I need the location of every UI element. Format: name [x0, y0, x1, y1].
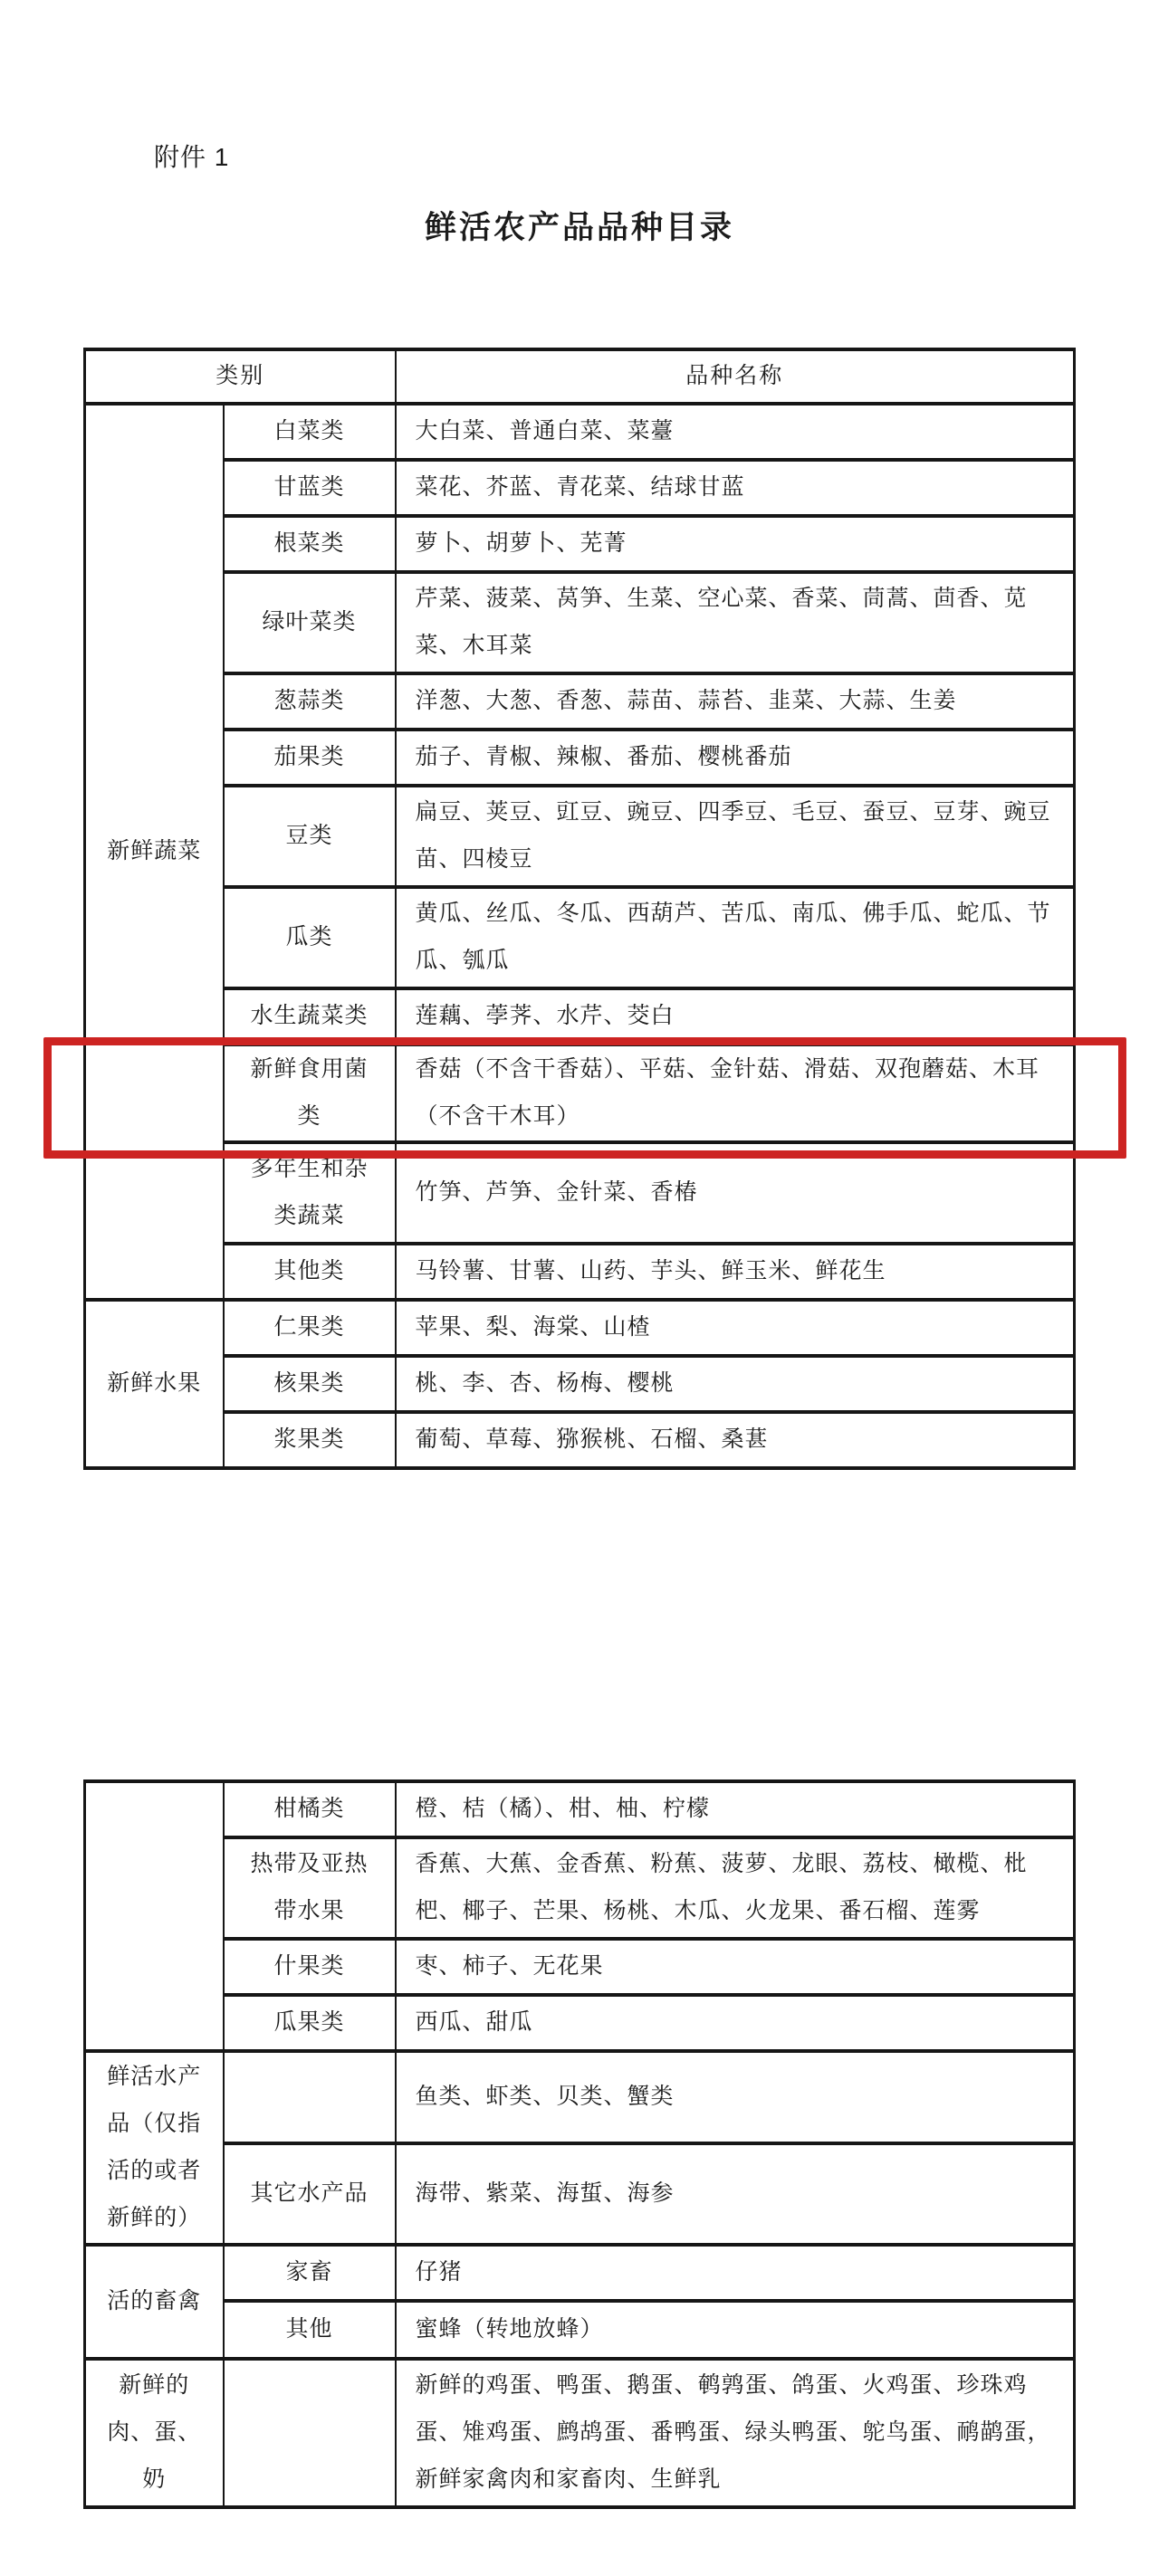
items-cell: 枣、柿子、无花果 — [396, 1939, 1075, 1995]
highlighted-row: 新鲜食用菌 类香菇（不含干香菇）、平菇、金针菇、滑菇、双孢蘑菇、木耳（不含干木耳… — [85, 1045, 1075, 1142]
items-cell: 菜花、芥蓝、青花菜、结球甘蓝 — [396, 460, 1075, 516]
items-cell: 仔猪 — [396, 2245, 1075, 2301]
table-row: 其他类马铃薯、甘薯、山药、芋头、鲜玉米、鲜花生 — [85, 1244, 1075, 1300]
catalog-table-page2: 柑橘类橙、桔（橘）、柑、柚、柠檬热带及亚热 带水果香蕉、大蕉、金香蕉、粉蕉、菠萝… — [83, 1779, 1076, 2509]
table-row: 豆类扁豆、荚豆、豇豆、豌豆、四季豆、毛豆、蚕豆、豆芽、豌豆苗、四棱豆 — [85, 786, 1075, 887]
subcategory-cell: 瓜果类 — [224, 1995, 396, 2051]
items-cell: 茄子、青椒、辣椒、番茄、樱桃番茄 — [396, 730, 1075, 786]
items-cell: 香蕉、大蕉、金香蕉、粉蕉、菠萝、龙眼、荔枝、橄榄、枇杷、椰子、芒果、杨桃、木瓜、… — [396, 1837, 1075, 1939]
subcategory-cell: 绿叶菜类 — [224, 572, 396, 673]
subcategory-cell: 什果类 — [224, 1939, 396, 1995]
table-row: 茄果类茄子、青椒、辣椒、番茄、樱桃番茄 — [85, 730, 1075, 786]
table-row: 葱蒜类洋葱、大葱、香葱、蒜苗、蒜苔、韭菜、大蒜、生姜 — [85, 673, 1075, 730]
catalog-table-page1: 类别品种名称新鲜蔬菜白菜类大白菜、普通白菜、菜薹甘蓝类菜花、芥蓝、青花菜、结球甘… — [83, 348, 1076, 1470]
items-cell: 橙、桔（橘）、柑、柚、柠檬 — [396, 1781, 1075, 1837]
subcategory-cell: 仁果类 — [224, 1300, 396, 1356]
items-cell: 蜜蜂（转地放蜂） — [396, 2301, 1075, 2359]
subcategory-cell: 豆类 — [224, 786, 396, 887]
attachment-label: 附件 1 — [154, 138, 229, 174]
items-cell: 萝卜、胡萝卜、芜菁 — [396, 516, 1075, 572]
subcategory-cell: 其它水产品 — [224, 2143, 396, 2245]
table-row: 其他蜜蜂（转地放蜂） — [85, 2301, 1075, 2359]
category-group-cell — [85, 1781, 224, 2051]
subcategory-cell — [224, 2051, 396, 2143]
table-row: 绿叶菜类芹菜、菠菜、莴笋、生菜、空心菜、香菜、茼蒿、茴香、苋菜、木耳菜 — [85, 572, 1075, 673]
items-cell: 苹果、梨、海棠、山楂 — [396, 1300, 1075, 1356]
items-cell: 桃、李、杏、杨梅、樱桃 — [396, 1356, 1075, 1412]
table-row: 甘蓝类菜花、芥蓝、青花菜、结球甘蓝 — [85, 460, 1075, 516]
table-row: 什果类枣、柿子、无花果 — [85, 1939, 1075, 1995]
table-row: 其它水产品海带、紫菜、海蜇、海参 — [85, 2143, 1075, 2245]
items-cell: 鱼类、虾类、贝类、蟹类 — [396, 2051, 1075, 2143]
items-cell: 黄瓜、丝瓜、冬瓜、西葫芦、苦瓜、南瓜、佛手瓜、蛇瓜、节瓜、瓠瓜 — [396, 887, 1075, 988]
header-variety-name: 品种名称 — [396, 349, 1075, 404]
table-row: 瓜果类西瓜、甜瓜 — [85, 1995, 1075, 2051]
subcategory-cell: 浆果类 — [224, 1412, 396, 1468]
table-row: 新鲜水果仁果类苹果、梨、海棠、山楂 — [85, 1300, 1075, 1356]
subcategory-cell: 水生蔬菜类 — [224, 988, 396, 1045]
subcategory-cell: 热带及亚热 带水果 — [224, 1837, 396, 1939]
items-cell: 马铃薯、甘薯、山药、芋头、鲜玉米、鲜花生 — [396, 1244, 1075, 1300]
table-row: 核果类桃、李、杏、杨梅、樱桃 — [85, 1356, 1075, 1412]
items-cell: 大白菜、普通白菜、菜薹 — [396, 404, 1075, 460]
subcategory-cell: 家畜 — [224, 2245, 396, 2301]
subcategory-cell: 瓜类 — [224, 887, 396, 988]
subcategory-cell: 茄果类 — [224, 730, 396, 786]
table-row: 鲜活水产 品（仅指 活的或者 新鲜的）鱼类、虾类、贝类、蟹类 — [85, 2051, 1075, 2143]
category-group-cell: 新鲜蔬菜 — [85, 404, 224, 1300]
items-cell: 新鲜的鸡蛋、鸭蛋、鹅蛋、鹌鹑蛋、鸽蛋、火鸡蛋、珍珠鸡蛋、雉鸡蛋、鹧鸪蛋、番鸭蛋、… — [396, 2359, 1075, 2507]
subcategory-cell: 甘蓝类 — [224, 460, 396, 516]
table-row: 多年生和杂 类蔬菜竹笋、芦笋、金针菜、香椿 — [85, 1142, 1075, 1244]
category-group-cell: 鲜活水产 品（仅指 活的或者 新鲜的） — [85, 2051, 224, 2245]
header-row: 类别品种名称 — [85, 349, 1075, 404]
category-group-cell: 活的畜禽 — [85, 2245, 224, 2359]
items-cell: 香菇（不含干香菇）、平菇、金针菇、滑菇、双孢蘑菇、木耳（不含干木耳） — [396, 1045, 1075, 1142]
table-row: 热带及亚热 带水果香蕉、大蕉、金香蕉、粉蕉、菠萝、龙眼、荔枝、橄榄、枇杷、椰子、… — [85, 1837, 1075, 1939]
header-category: 类别 — [85, 349, 396, 404]
subcategory-cell: 新鲜食用菌 类 — [224, 1045, 396, 1142]
items-cell: 西瓜、甜瓜 — [396, 1995, 1075, 2051]
items-cell: 莲藕、荸荠、水芹、茭白 — [396, 988, 1075, 1045]
table-row: 浆果类葡萄、草莓、猕猴桃、石榴、桑葚 — [85, 1412, 1075, 1468]
items-cell: 海带、紫菜、海蜇、海参 — [396, 2143, 1075, 2245]
subcategory-cell: 葱蒜类 — [224, 673, 396, 730]
subcategory-cell: 根菜类 — [224, 516, 396, 572]
table-row: 水生蔬菜类莲藕、荸荠、水芹、茭白 — [85, 988, 1075, 1045]
subcategory-cell: 白菜类 — [224, 404, 396, 460]
table-row: 新鲜的 肉、蛋、 奶新鲜的鸡蛋、鸭蛋、鹅蛋、鹌鹑蛋、鸽蛋、火鸡蛋、珍珠鸡蛋、雉鸡… — [85, 2359, 1075, 2507]
category-group-cell: 新鲜的 肉、蛋、 奶 — [85, 2359, 224, 2507]
items-cell: 芹菜、菠菜、莴笋、生菜、空心菜、香菜、茼蒿、茴香、苋菜、木耳菜 — [396, 572, 1075, 673]
table-row: 瓜类黄瓜、丝瓜、冬瓜、西葫芦、苦瓜、南瓜、佛手瓜、蛇瓜、节瓜、瓠瓜 — [85, 887, 1075, 988]
items-cell: 洋葱、大葱、香葱、蒜苗、蒜苔、韭菜、大蒜、生姜 — [396, 673, 1075, 730]
category-group-cell: 新鲜水果 — [85, 1300, 224, 1468]
table-row: 根菜类萝卜、胡萝卜、芜菁 — [85, 516, 1075, 572]
subcategory-cell: 多年生和杂 类蔬菜 — [224, 1142, 396, 1244]
page-title: 鲜活农产品品种目录 — [0, 203, 1159, 248]
items-cell: 扁豆、荚豆、豇豆、豌豆、四季豆、毛豆、蚕豆、豆芽、豌豆苗、四棱豆 — [396, 786, 1075, 887]
table-row: 新鲜蔬菜白菜类大白菜、普通白菜、菜薹 — [85, 404, 1075, 460]
table-row: 柑橘类橙、桔（橘）、柑、柚、柠檬 — [85, 1781, 1075, 1837]
subcategory-cell: 其他 — [224, 2301, 396, 2359]
items-cell: 竹笋、芦笋、金针菜、香椿 — [396, 1142, 1075, 1244]
subcategory-cell: 其他类 — [224, 1244, 396, 1300]
subcategory-cell — [224, 2359, 396, 2507]
table-row: 活的畜禽家畜仔猪 — [85, 2245, 1075, 2301]
subcategory-cell: 核果类 — [224, 1356, 396, 1412]
subcategory-cell: 柑橘类 — [224, 1781, 396, 1837]
items-cell: 葡萄、草莓、猕猴桃、石榴、桑葚 — [396, 1412, 1075, 1468]
